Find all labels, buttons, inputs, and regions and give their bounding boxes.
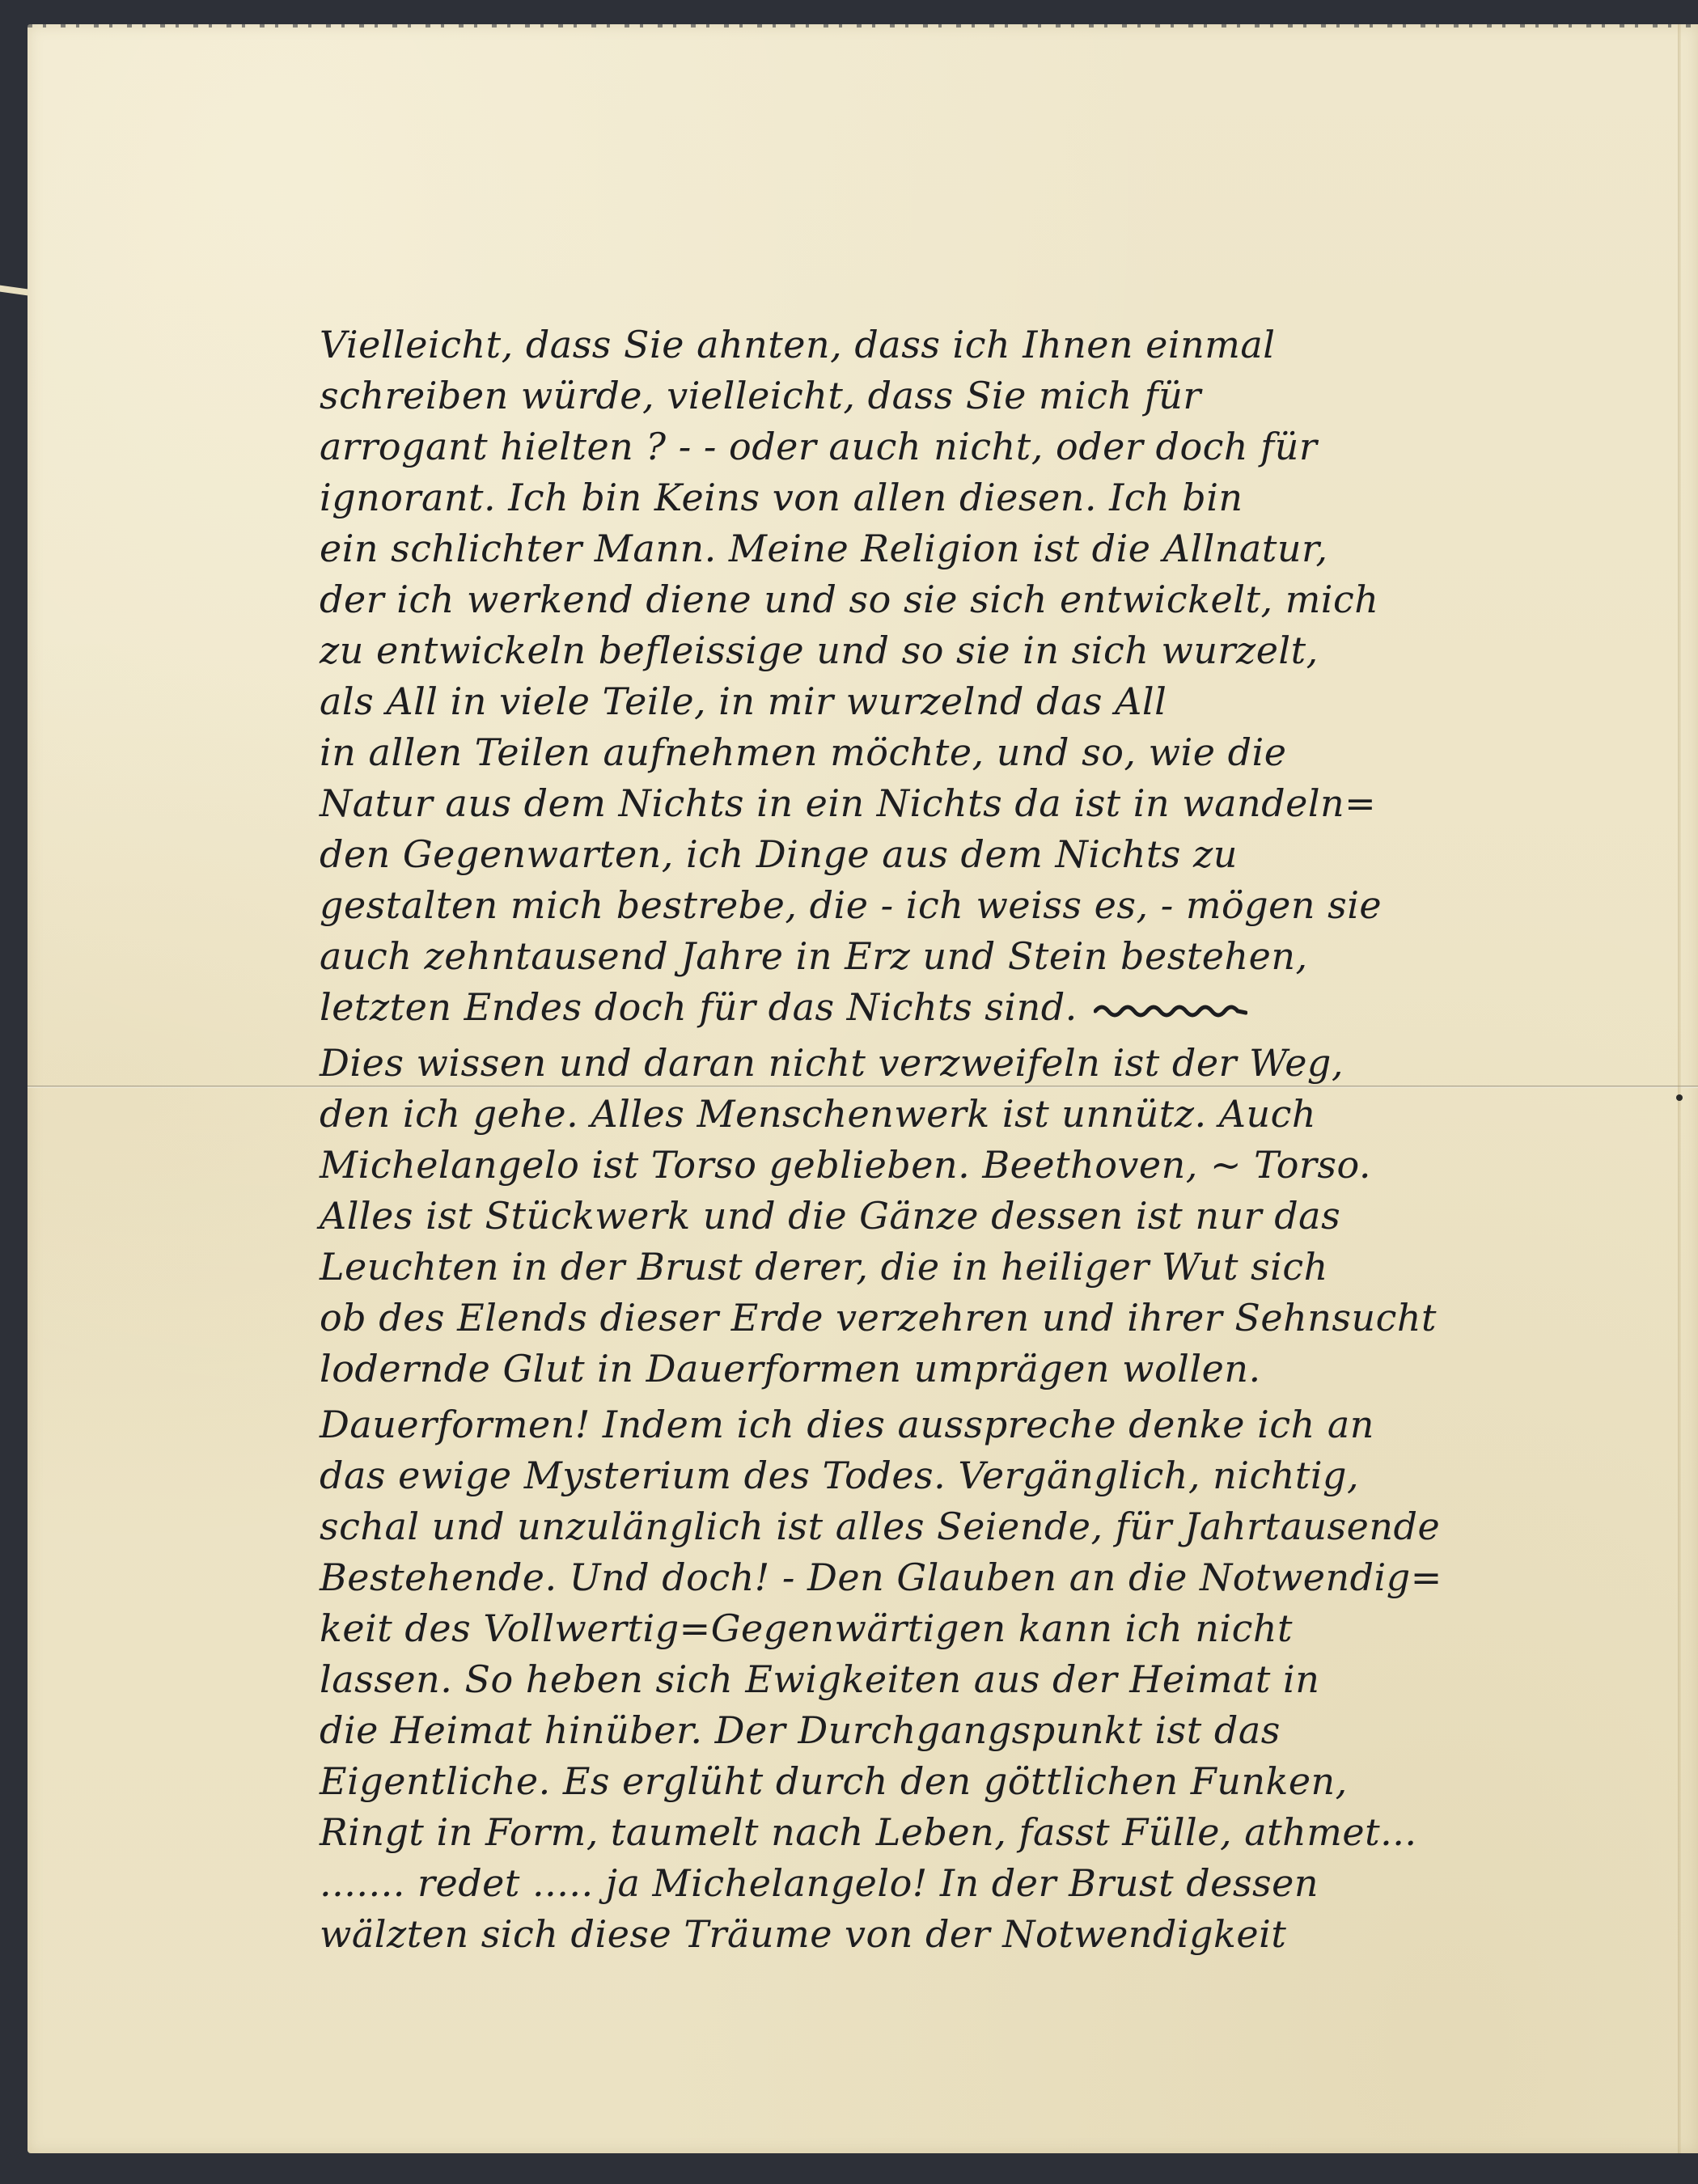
text-line: ....... redet ..... ja Michelangelo! In … bbox=[320, 1858, 1582, 1909]
paragraph-3: Dauerformen! Indem ich dies ausspreche d… bbox=[320, 1399, 1582, 1960]
text-line: Bestehende. Und doch! - Den Glauben an d… bbox=[320, 1552, 1582, 1603]
text-line: lassen. So heben sich Ewigkeiten aus der… bbox=[320, 1654, 1582, 1705]
text-line: Ringt in Form, taumelt nach Leben, fasst… bbox=[320, 1807, 1582, 1858]
paragraph-1: Vielleicht, dass Sie ahnten, dass ich Ih… bbox=[320, 320, 1582, 1033]
text-line: auch zehntausend Jahre in Erz und Stein … bbox=[320, 931, 1582, 982]
paragraph-2: Dies wissen und daran nicht verzweifeln … bbox=[320, 1038, 1582, 1395]
text-line: ein schlichter Mann. Meine Religion ist … bbox=[320, 523, 1582, 574]
text-line: als All in viele Teile, in mir wurzelnd … bbox=[320, 676, 1582, 727]
text-line: arrogant hielten ? - - oder auch nicht, … bbox=[320, 421, 1582, 472]
text-line: Natur aus dem Nichts in ein Nichts da is… bbox=[320, 778, 1582, 829]
text-line: Alles ist Stückwerk und die Gänze dessen… bbox=[320, 1191, 1582, 1242]
text-line: der ich werkend diene und so sie sich en… bbox=[320, 574, 1582, 625]
text-line: Leuchten in der Brust derer, die in heil… bbox=[320, 1242, 1582, 1293]
text-line: gestalten mich bestrebe, die - ich weiss… bbox=[320, 880, 1582, 931]
text-line: schal und unzulänglich ist alles Seiende… bbox=[320, 1501, 1582, 1552]
text-line-with-flourish: letzten Endes doch für das Nichts sind. bbox=[320, 982, 1582, 1033]
text-line: die Heimat hinüber. Der Durchgangspunkt … bbox=[320, 1705, 1582, 1756]
text-line: den Gegenwarten, ich Dinge aus dem Nicht… bbox=[320, 829, 1582, 880]
text-line: Eigentliche. Es erglüht durch den göttli… bbox=[320, 1756, 1582, 1807]
text-line: Dies wissen und daran nicht verzweifeln … bbox=[320, 1038, 1582, 1089]
text-line: in allen Teilen aufnehmen möchte, und so… bbox=[320, 727, 1582, 778]
text-line: zu entwickeln befleissige und so sie in … bbox=[320, 625, 1582, 676]
text-line: Dauerformen! Indem ich dies ausspreche d… bbox=[320, 1399, 1582, 1450]
text-line: Vielleicht, dass Sie ahnten, dass ich Ih… bbox=[320, 320, 1582, 370]
text-line: wälzten sich diese Träume von der Notwen… bbox=[320, 1909, 1582, 1960]
text-line: den ich gehe. Alles Menschenwerk ist unn… bbox=[320, 1089, 1582, 1140]
wavy-flourish-icon bbox=[1094, 1001, 1247, 1019]
text-line: Michelangelo ist Torso geblieben. Beetho… bbox=[320, 1140, 1582, 1191]
text-line: ob des Elends dieser Erde verzehren und … bbox=[320, 1293, 1582, 1344]
paper-strip-left bbox=[0, 286, 28, 296]
text-line: ignorant. Ich bin Keins von allen diesen… bbox=[320, 472, 1582, 523]
text-line: das ewige Mysterium des Todes. Vergängli… bbox=[320, 1450, 1582, 1501]
ink-spot bbox=[1676, 1094, 1683, 1101]
text-line: schreiben würde, vielleicht, dass Sie mi… bbox=[320, 370, 1582, 421]
scan-background: Vielleicht, dass Sie ahnten, dass ich Ih… bbox=[0, 0, 1698, 2184]
paper-fold-vertical bbox=[1678, 24, 1681, 2153]
text-line: letzten Endes doch für das Nichts sind. bbox=[320, 985, 1078, 1029]
text-line: lodernde Glut in Dauerformen umprägen wo… bbox=[320, 1344, 1582, 1395]
text-line: keit des Vollwertig=Gegenwärtigen kann i… bbox=[320, 1603, 1582, 1654]
letter-body: Vielleicht, dass Sie ahnten, dass ich Ih… bbox=[320, 320, 1582, 1960]
